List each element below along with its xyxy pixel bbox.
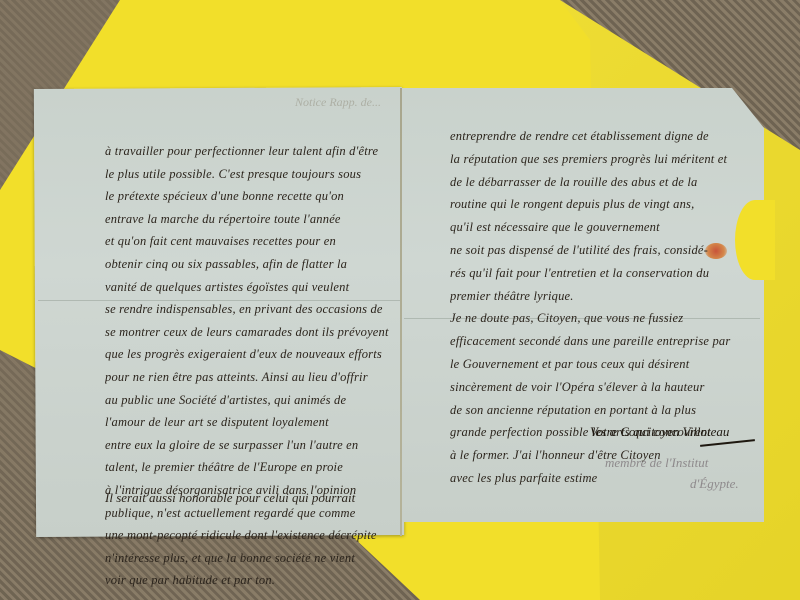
text-line: obtenir cinq ou six passables, afin de f… [105,253,395,276]
text-line: le plus utile possible. C'est presque to… [105,163,395,186]
text-line: de le débarrasser de la rouille des abus… [450,171,740,194]
text-line: talent, le premier théâtre de l'Europe e… [105,456,395,479]
text-line: sincèrement de voir l'Opéra s'élever à l… [450,376,740,399]
text-line: que les progrès exigeraient d'eux de nou… [105,343,395,366]
torn-notch [735,200,775,280]
text-line: Je ne doute pas, Citoyen, que vous ne fu… [450,307,740,330]
text-line: de son ancienne réputation en portant à … [450,399,740,422]
faint-header-note: Notice Rapp. de... [295,95,381,110]
left-final-line: Il serait aussi honorable pour celui qui… [105,490,355,506]
text-line: qu'il est nécessaire que le gouvernement [450,216,740,239]
signature: Votre Concitoyen Villoteau [590,424,729,440]
text-line: vanité de quelques artistes égoïstes qui… [105,276,395,299]
text-line: entrave la marche du répertoire toute l'… [105,208,395,231]
text-line: l'amour de leur art se disputent loyalem… [105,411,395,434]
pencil-note-line-1: membre de l'Institut [605,455,708,471]
pencil-note-line-2: d'Égypte. [690,476,739,492]
text-line: entre eux la gloire de se surpasser l'un… [105,434,395,457]
text-line: le prétexte spécieux d'une bonne recette… [105,185,395,208]
text-line: une mont-pecopté ridicule dont l'existen… [105,524,395,547]
text-line: premier théâtre lyrique. [450,285,740,308]
text-line: se rendre indispensables, en privant des… [105,298,395,321]
text-line: entreprendre de rendre cet établissement… [450,125,740,148]
center-fold [400,88,402,536]
text-line: la réputation que ses premiers progrès l… [450,148,740,171]
text-line: ne soit pas dispensé de l'utilité des fr… [450,239,740,262]
text-line: n'intéresse plus, et que la bonne sociét… [105,547,395,570]
text-line: rés qu'il fait pour l'entretien et la co… [450,262,740,285]
text-line: le Gouvernement et par tous ceux qui dés… [450,353,740,376]
text-line: et qu'on fait cent mauvaises recettes po… [105,230,395,253]
text-line: routine qui le rongent depuis plus de vi… [450,193,740,216]
text-line: pour ne rien être pas atteints. Ainsi au… [105,366,395,389]
text-line: au public une Société d'artistes, qui an… [105,389,395,412]
text-line: se montrer ceux de leurs camarades dont … [105,321,395,344]
text-line: efficacement secondé dans une pareille e… [450,330,740,353]
text-line: à travailler pour perfectionner leur tal… [105,140,395,163]
left-page-text: à travailler pour perfectionner leur tal… [105,140,395,592]
text-line: voir que par habitude et par ton. [105,569,395,592]
